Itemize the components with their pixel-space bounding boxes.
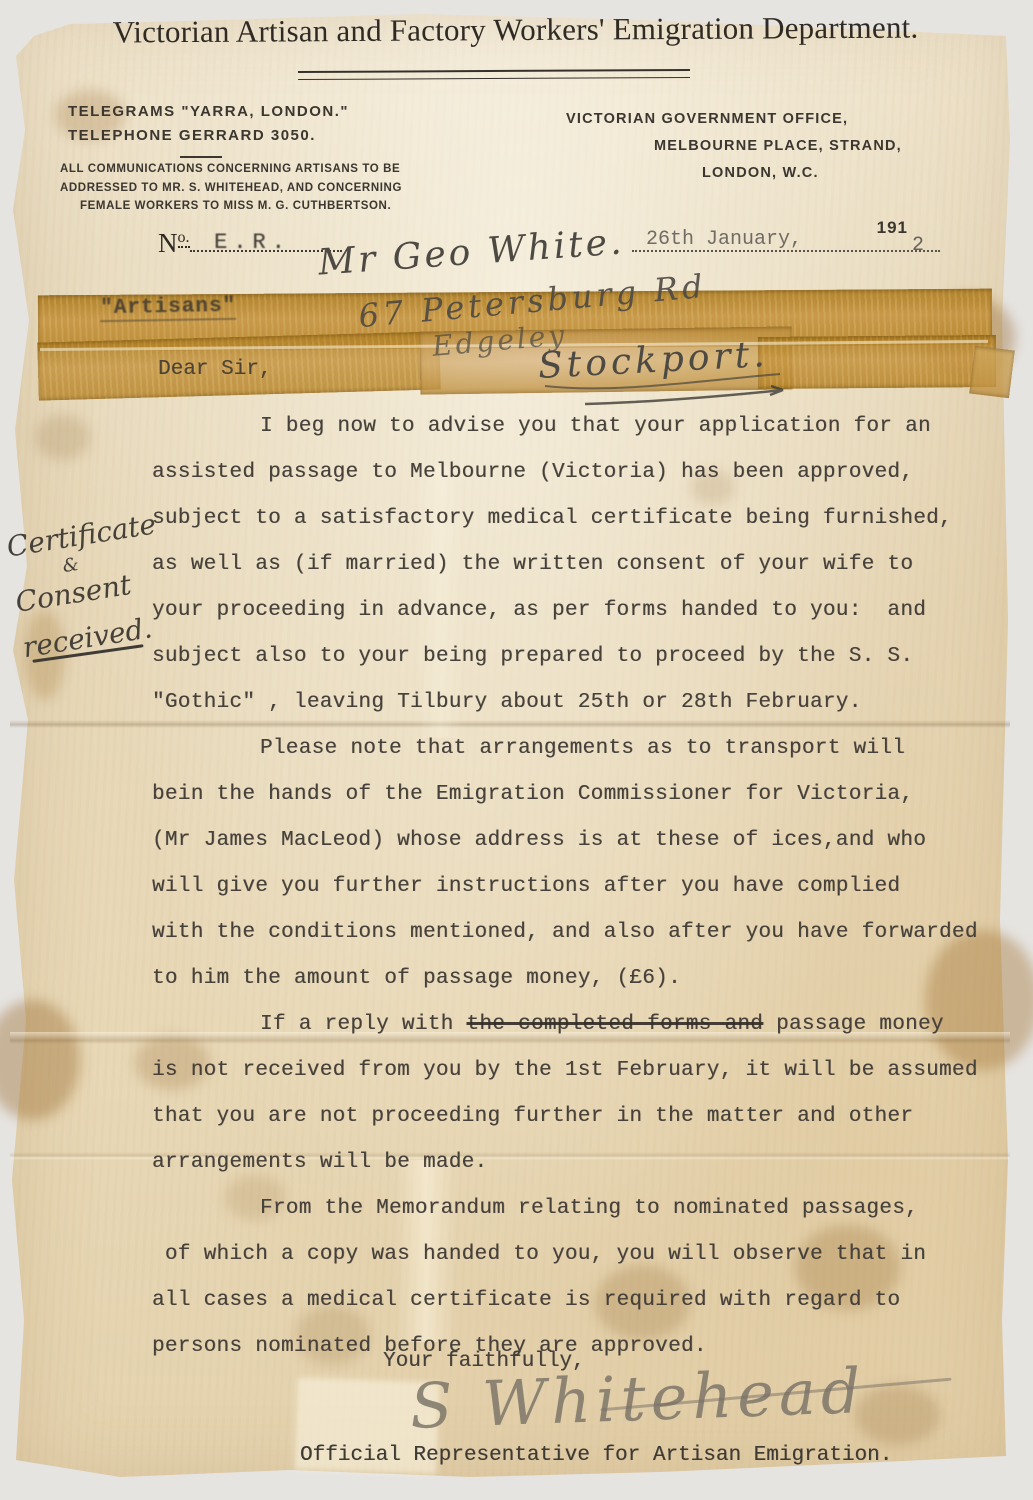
contact-block: TELEGRAMS "YARRA, LONDON."TELEPHONE GERR… [68,100,349,148]
body-line: Please note that arrangements as to tran… [152,726,1022,772]
no-label-superscript: o. [178,229,190,248]
reference-number: No. E.R. [158,228,342,259]
contact-line: TELEPHONE GERRARD 3050. [68,124,349,148]
body-line: with the conditions mentioned, and also … [152,910,1022,956]
printed-year: 191 [877,218,908,238]
body-line: is not received from you by the 1st Febr… [152,1048,1022,1094]
office-address-line: VICTORIAN GOVERNMENT OFFICE, [566,106,902,133]
margin-annotation: Certificate&Consentreceived. [4,497,205,671]
artisans-tape-label: "Artisans" [100,295,236,322]
divider-dash [180,156,222,158]
body-line: to him the amount of passage money, (£6)… [152,956,1022,1002]
note-line: ADDRESSED TO MR. S. WHITEHEAD, AND CONCE… [60,179,402,198]
underline-arrow-flourish [525,372,805,410]
body-line: all cases a medical certificate is requi… [152,1278,1022,1324]
body-line: From the Memorandum relating to nominate… [152,1186,1022,1232]
body-line: I beg now to advise you that your applic… [152,404,1022,450]
signatory-title: Official Representative for Artisan Emig… [300,1444,892,1467]
body-line: subject also to your being prepared to p… [152,634,1022,680]
body-line: as well as (if married) the written cons… [152,542,1022,588]
body-line: arrangements will be made. [152,1140,1022,1186]
struck-text: the completed forms and [466,1013,763,1036]
body-line: of which a copy was handed to you, you w… [152,1232,1022,1278]
body-line: "Gothic" , leaving Tilbury about 25th or… [152,680,1022,726]
no-label: N [158,228,178,258]
body-line: If a reply with the completed forms and … [152,1002,1022,1048]
salutation: Dear Sir, [158,358,271,381]
note-line: FEMALE WORKERS TO MISS M. G. CUTHBERTSON… [60,197,402,216]
typed-year-digit: 2 [912,234,924,257]
body-text-segment: passage money [763,1013,944,1036]
letter-body: I beg now to advise you that your applic… [152,404,1022,1370]
date-line: 26th January, 191 2 [632,226,940,252]
reference-value: E.R. [214,230,291,255]
body-line: bein the hands of the Emigration Commiss… [152,772,1022,818]
body-text-segment: If a reply with [260,1013,466,1036]
communications-note: ALL COMMUNICATIONS CONCERNING ARTISANS T… [60,160,402,216]
body-line: assisted passage to Melbourne (Victoria)… [152,450,1022,496]
office-address: VICTORIAN GOVERNMENT OFFICE,MELBOURNE PL… [566,106,902,187]
body-line: that you are not proceeding further in t… [152,1094,1022,1140]
typed-date: 26th January, [646,228,802,251]
contact-line: TELEGRAMS "YARRA, LONDON." [68,100,349,124]
body-line: will give you further instructions after… [152,864,1022,910]
photographed-letter: Victorian Artisan and Factory Workers' E… [0,0,1033,1500]
office-address-line: LONDON, W.C. [702,160,902,187]
body-line: (Mr James MacLeod) whose address is at t… [152,818,1022,864]
office-address-line: MELBOURNE PLACE, STRAND, [654,133,902,160]
letterhead-title: Victorian Artisan and Factory Workers' E… [58,9,973,51]
body-line: subject to a satisfactory medical certif… [152,496,1022,542]
note-line: ALL COMMUNICATIONS CONCERNING ARTISANS T… [60,160,402,179]
body-line: your proceeding in advance, as per forms… [152,588,1022,634]
